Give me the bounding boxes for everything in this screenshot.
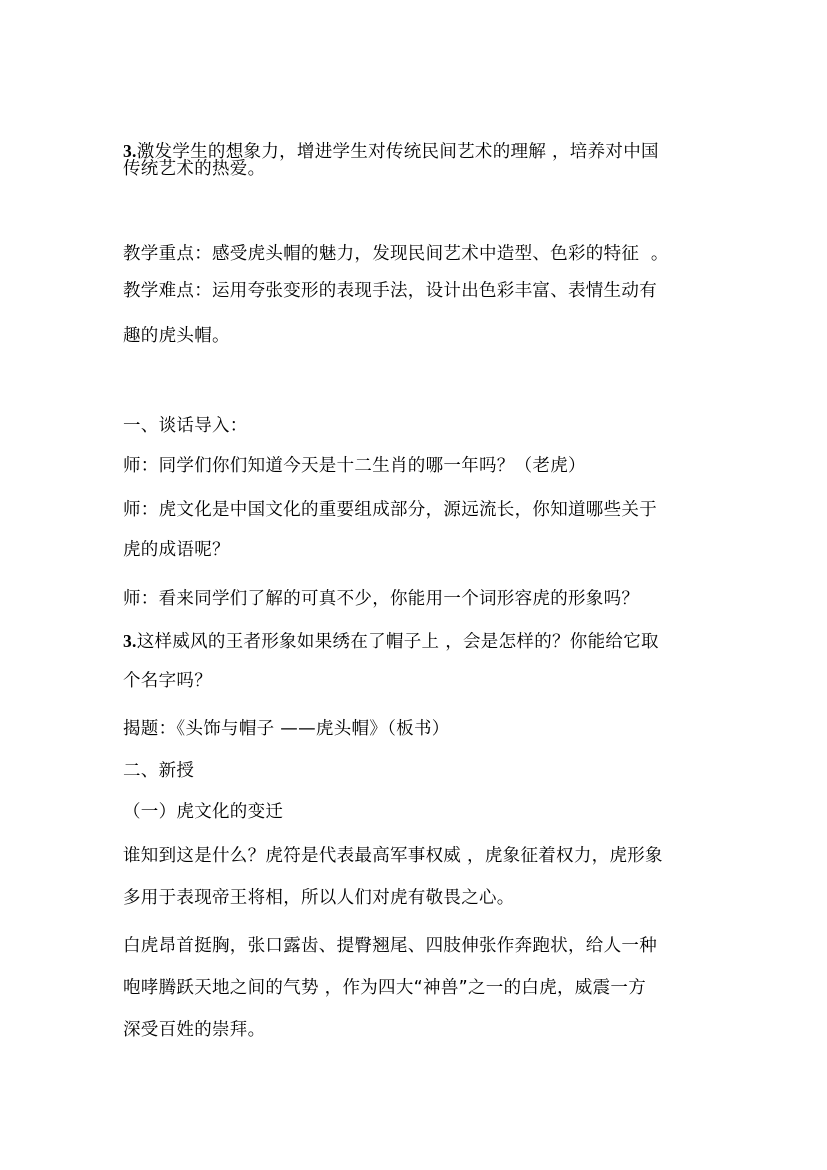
teaching-focus: 教学重点：感受虎头帽的魅力，发现民间艺术中造型、色彩的特征 。 <box>123 243 669 265</box>
text-line: 咆哮腾跃天地之间的气势 ，作为四大“神兽”之一的白虎，威震一方 <box>123 977 646 999</box>
subsection-heading: （一）虎文化的变迁 <box>123 801 283 823</box>
text-line: 师：同学们你们知道今天是十二生肖的哪一年吗？（老虎） <box>123 455 586 477</box>
text-line: 师：看来同学们了解的可真不少，你能用一个词形容虎的形象吗？ <box>123 588 639 610</box>
section-heading: 一、谈话导入： <box>123 415 248 437</box>
text-line: 传统艺术的热爱。 <box>123 158 265 180</box>
section-heading: 二、新授 <box>123 760 194 782</box>
list-number: 3. <box>123 631 137 651</box>
text-line: 谁知到这是什么？虎符是代表最高军事权威 ，虎象征着权力，虎形象 <box>123 845 663 867</box>
teaching-difficulty: 教学难点：运用夸张变形的表现手法，设计出色彩丰富、表情生动有 <box>123 280 657 302</box>
text-line: 趣的虎头帽。 <box>123 325 230 347</box>
document-page: 3.激发学生的想象力，增进学生对传统民间艺术的理解 ，培养对中国 传统艺术的热爱… <box>0 0 827 1170</box>
text-line: 白虎昂首挺胸，张口露齿、提臀翘尾、四肢伸张作奔跑状，给人一种 <box>123 935 657 957</box>
text-line: 多用于表现帝王将相，所以人们对虎有敬畏之心。 <box>123 887 515 909</box>
text-line: 深受百姓的崇拜。 <box>123 1019 265 1041</box>
text-line: 虎的成语呢？ <box>123 539 230 561</box>
text-line: 个名字吗？ <box>123 670 212 692</box>
text-line: 师：虎文化是中国文化的重要组成部分，源远流长，你知道哪些关于 <box>123 499 657 521</box>
text-line: 揭题：《头饰与帽子 ——虎头帽》（板书） <box>123 718 450 740</box>
text-line: 3.这样威风的王者形象如果绣在了帽子上 ，会是怎样的？你能给它取 <box>123 630 659 653</box>
